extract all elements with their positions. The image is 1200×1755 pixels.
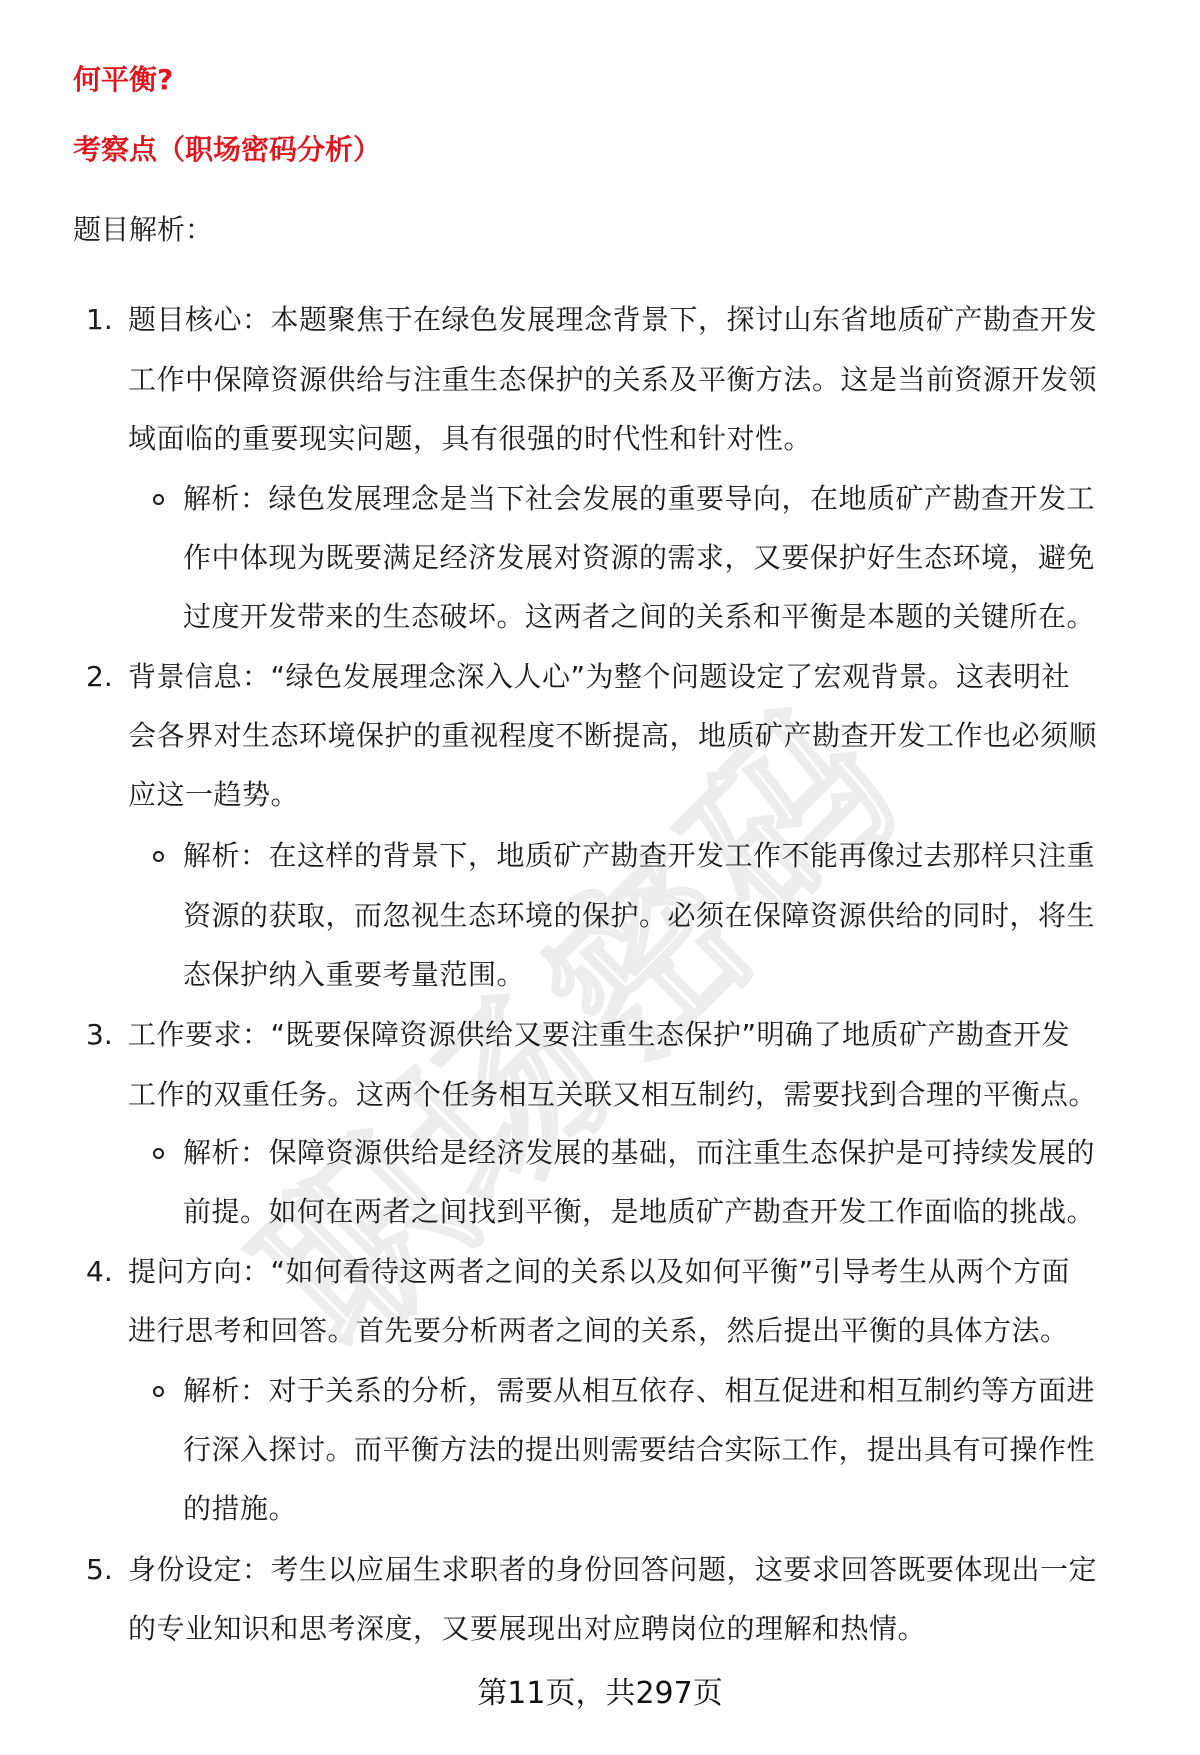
sub-text-line: 解析：对于关系的分析，需要从相互依存、相互促进和相互制约等方面进 [183,1371,1095,1411]
item-text-line: 工作的双重任务。这两个任务相互关联又相互制约，需要找到合理的平衡点。 [128,1075,1097,1115]
sub-text-line: 解析：绿色发展理念是当下社会发展的重要导向，在地质矿产勘查开发工 [183,479,1095,519]
item-text-line: 的专业知识和思考深度，又要展现出对应聘岗位的理解和热情。 [128,1609,926,1649]
item-text-line: 身份设定：考生以应届生求职者的身份回答问题，这要求回答既要体现出一定 [128,1550,1097,1590]
item-text-line: 域面临的重要现实问题，具有很强的时代性和针对性。 [128,419,812,459]
sub-text-line: 解析：在这样的背景下，地质矿产勘查开发工作不能再像过去那样只注重 [183,836,1095,876]
sub-text-line: 资源的获取，而忽视生态环境的保护。必须在保障资源供给的同时，将生 [183,896,1095,936]
section-title: 考察点（职场密码分析） [73,132,381,168]
item-number: 1. [86,300,113,340]
bullet-circle-icon [153,494,164,505]
analysis-label: 题目解析： [73,212,213,248]
item-text-line: 会各界对生态环境保护的重视程度不断提高，地质矿产勘查开发工作也必须顺 [128,716,1097,756]
sub-text-line: 作中体现为既要满足经济发展对资源的需求，又要保护好生态环境，避免 [183,538,1095,578]
sub-text-line: 前提。如何在两者之间找到平衡，是地质矿产勘查开发工作面临的挑战。 [183,1192,1095,1232]
item-text-line: 背景信息：“绿色发展理念深入人心”为整个问题设定了宏观背景。这表明社 [128,657,1070,697]
question-tail-heading: 何平衡? [73,62,173,98]
bullet-circle-icon [153,851,164,862]
item-number: 2. [86,657,113,697]
item-text-line: 题目核心：本题聚焦于在绿色发展理念背景下，探讨山东省地质矿产勘查开发 [128,300,1097,340]
sub-text-line: 行深入探讨。而平衡方法的提出则需要结合实际工作，提出具有可操作性 [183,1430,1095,1470]
sub-text-line: 的措施。 [183,1489,297,1529]
item-text-line: 工作要求：“既要保障资源供给又要注重生态保护”明确了地质矿产勘查开发 [128,1015,1070,1055]
item-text-line: 应这一趋势。 [128,775,299,815]
item-text-line: 工作中保障资源供给与注重生态保护的关系及平衡方法。这是当前资源开发领 [128,360,1097,400]
item-text-line: 提问方向：“如何看待这两者之间的关系以及如何平衡”引导考生从两个方面 [128,1252,1070,1292]
sub-text-line: 过度开发带来的生态破坏。这两者之间的关系和平衡是本题的关键所在。 [183,597,1095,637]
bullet-circle-icon [153,1386,164,1397]
item-number: 3. [86,1015,113,1055]
item-number: 5. [86,1550,113,1590]
page-footer: 第11页，共297页 [0,1674,1200,1714]
sub-text-line: 态保护纳入重要考量范围。 [183,955,525,995]
sub-text-line: 解析：保障资源供给是经济发展的基础，而注重生态保护是可持续发展的 [183,1133,1095,1173]
bullet-circle-icon [153,1148,164,1159]
item-number: 4. [86,1252,113,1292]
item-text-line: 进行思考和回答。首先要分析两者之间的关系，然后提出平衡的具体方法。 [128,1311,1069,1351]
